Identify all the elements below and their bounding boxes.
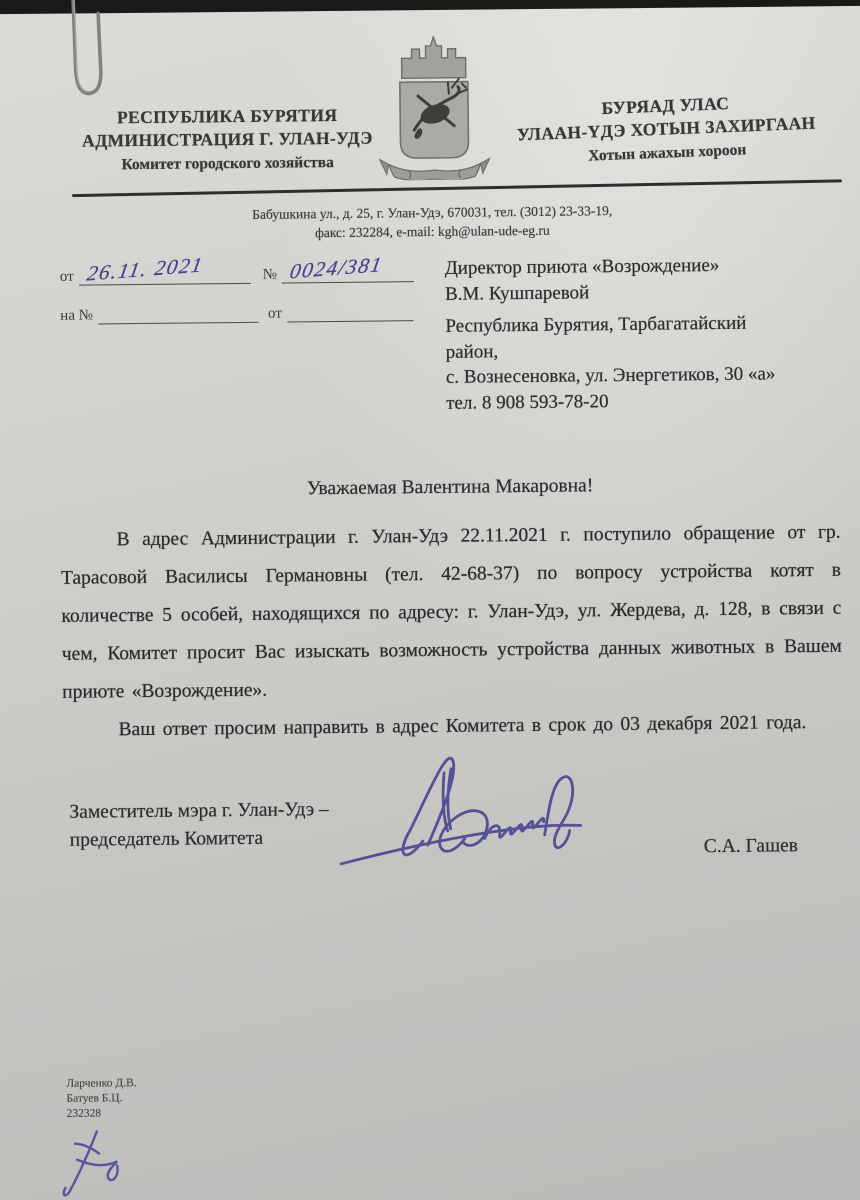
ref-number-label: № (251, 267, 282, 284)
coat-of-arms-ulan-ude-icon (373, 35, 495, 180)
reference-block: от 26.11. 2021 № 0024/381 на № от (60, 261, 431, 343)
ref-reply-date-field (287, 300, 413, 322)
signature-ink (336, 741, 589, 884)
salutation: Уважаемая Валентина Макаровна! (60, 473, 840, 503)
ref-from-label: от (60, 269, 79, 286)
recipient-line: В.М. Кушпаревой (445, 277, 841, 307)
contact-info: Бабушкина ул., д. 25, г. Улан-Удэ, 67003… (177, 200, 687, 243)
letter-body: В адрес Администрации г. Улан-Удэ 22.11.… (60, 514, 842, 750)
org-ru-line3: Комитет городского хозяйства (67, 151, 389, 176)
header-divider-line (72, 179, 842, 197)
org-ru-line1: РЕСПУБЛИКА БУРЯТИЯ (66, 103, 388, 129)
ref-date-field: 26.11. 2021 (79, 263, 251, 286)
executor-info: Ларченко Д.В. Батуев Б.Ц. 232328 (66, 1076, 137, 1122)
ref-reply-from-label: от (258, 305, 287, 322)
recipient-block: Директор приюта «Возрождение» В.М. Кушпа… (445, 252, 843, 416)
org-block-buryat: БУРЯАД УЛАС УЛААН-ҮДЭ ХОТЫН ЗАХИРГААН Хо… (487, 87, 846, 171)
recipient-line: тел. 8 908 593-78-20 (446, 386, 842, 416)
handwritten-initial-mark (55, 1119, 146, 1200)
ref-reply-label: на № (60, 307, 98, 324)
handwritten-date: 26.11. 2021 (85, 252, 206, 286)
org-block-russian: РЕСПУБЛИКА БУРЯТИЯ АДМИНИСТРАЦИЯ Г. УЛАН… (66, 103, 389, 176)
executor-name-2: Батуев Б.Ц. (66, 1091, 136, 1107)
letter-content: РЕСПУБЛИКА БУРЯТИЯ АДМИНИСТРАЦИЯ Г. УЛАН… (0, 0, 860, 1200)
ref-number-field: 0024/381 (282, 261, 414, 283)
org-ru-line2: АДМИНИСТРАЦИЯ Г. УЛАН-УДЭ (66, 126, 388, 152)
scanned-letter-page: РЕСПУБЛИКА БУРЯТИЯ АДМИНИСТРАЦИЯ Г. УЛАН… (0, 0, 860, 1200)
reference-row-outgoing: от 26.11. 2021 № 0024/381 (60, 261, 430, 286)
handwritten-number: 0024/381 (288, 252, 385, 284)
executor-name-1: Ларченко Д.В. (66, 1076, 136, 1092)
signer-name: С.А. Гашев (704, 835, 798, 858)
reference-row-incoming: на № от (60, 300, 430, 325)
body-paragraph-1: В адрес Администрации г. Улан-Удэ 22.11.… (60, 514, 842, 712)
ref-reply-number-field (98, 302, 258, 325)
paperclip-icon (59, 0, 114, 110)
